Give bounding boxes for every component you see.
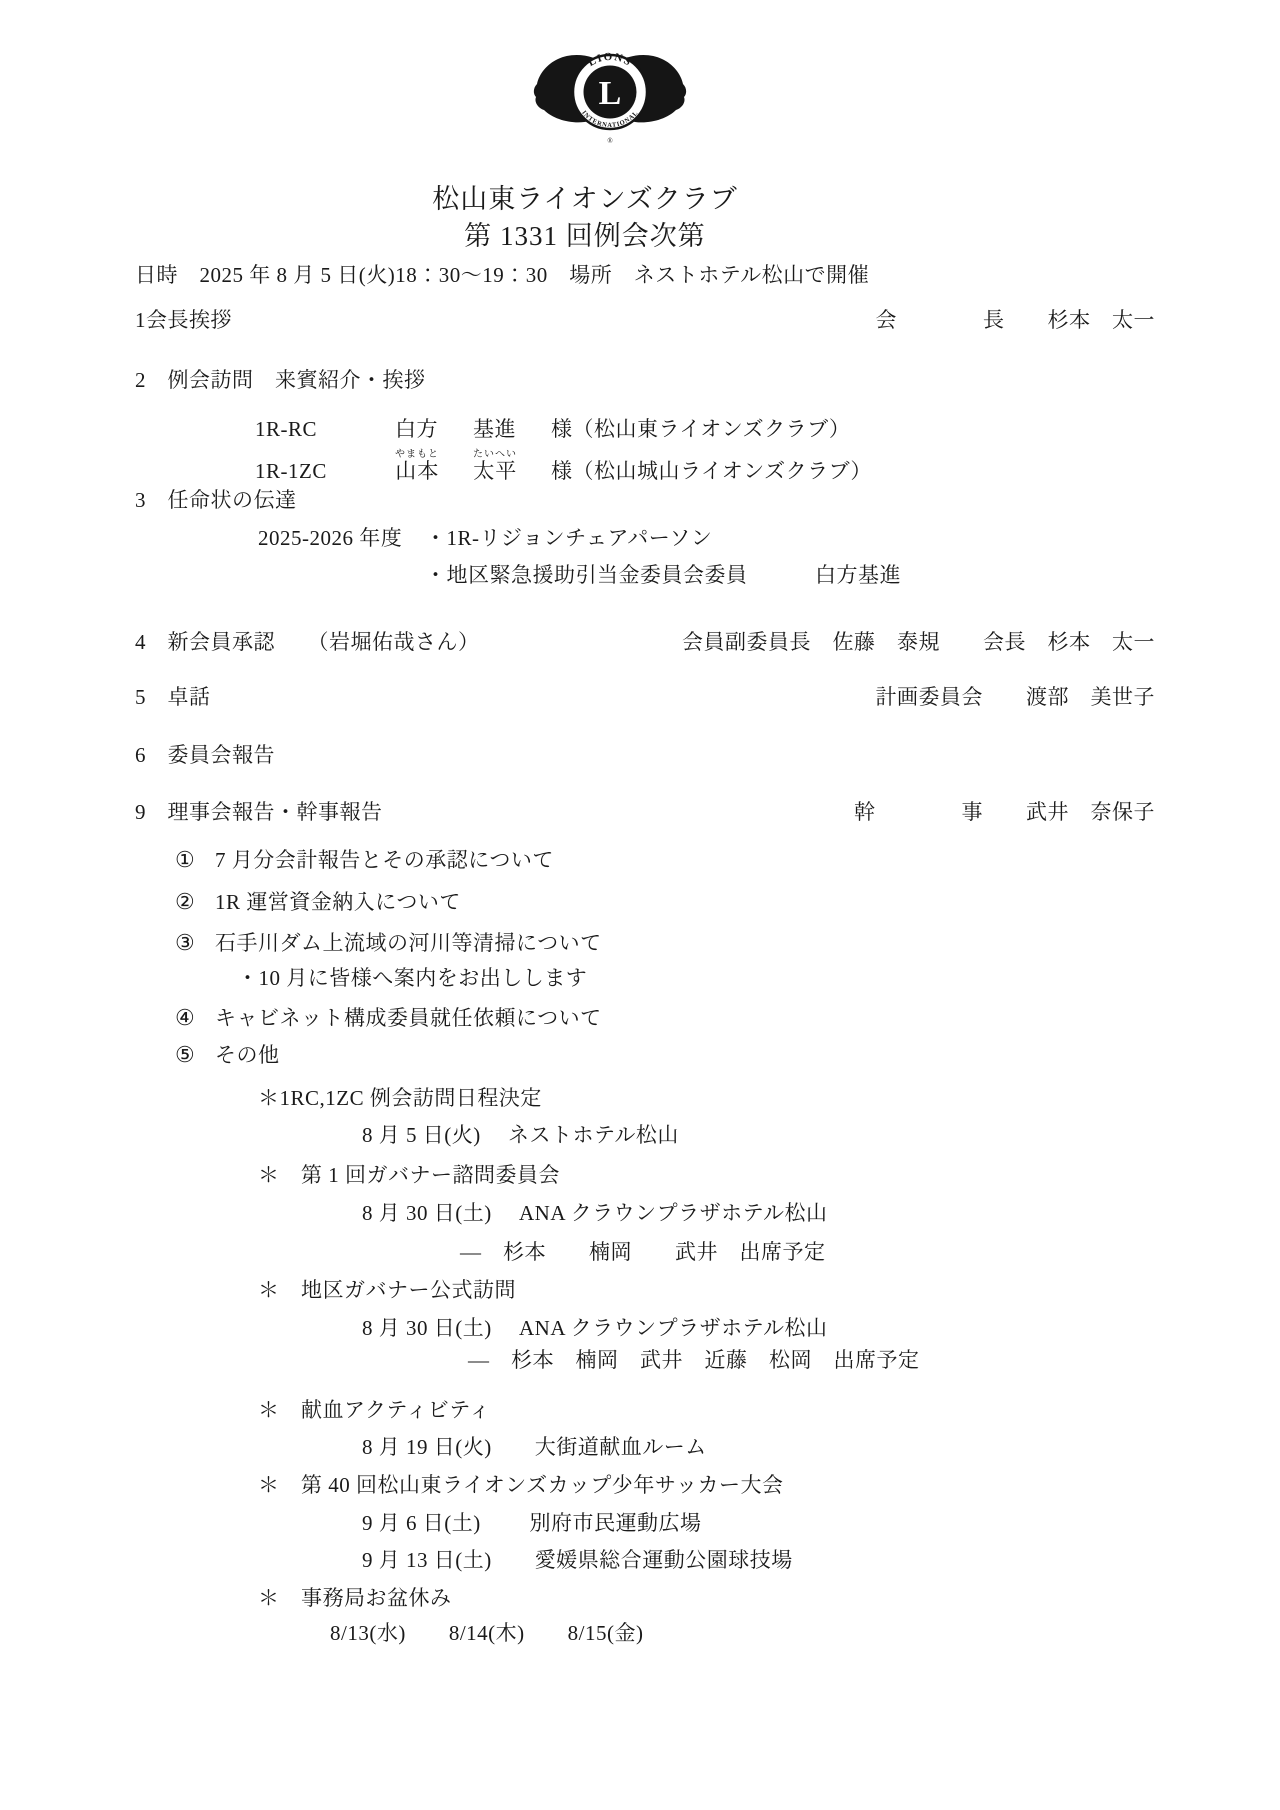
guest-2-club: 様（松山城山ライオンズクラブ）: [551, 459, 872, 483]
guest-2-surname-furigana: やまもと: [395, 449, 439, 460]
event-2-date: 8 月 30 日(土) ANA クラウンプラザホテル松山: [362, 1198, 828, 1228]
lions-emblem-icon: L LIONS INTERNATIONAL ®: [520, 42, 700, 146]
event-1-date: 8 月 5 日(火) ネストホテル松山: [362, 1120, 679, 1150]
guest-2-givenname: 太平たいへい: [473, 449, 551, 486]
guest-1-role: 1R-RC: [255, 414, 395, 444]
circled-4-icon: ④: [175, 1003, 215, 1033]
guest-2-role: 1R-1ZC: [255, 456, 395, 486]
report-sub-item-4: ④キャビネット構成委員就任依頼について: [175, 1003, 602, 1033]
event-6-dates: 8/13(水) 8/14(木) 8/15(金): [330, 1618, 643, 1648]
agenda-item-1-label: 1会長挨拶: [135, 305, 232, 335]
report-sub-item-1: ①7 月分会計報告とその承認について: [175, 845, 554, 875]
circled-2-icon: ②: [175, 887, 215, 917]
agenda-item-3-label: 3 任命状の伝達: [135, 485, 297, 515]
event-6-title: ＊ 事務局お盆休み: [258, 1583, 452, 1613]
guest-1-givenname: 基進: [473, 414, 551, 444]
event-1-title: ＊1RC,1ZC 例会訪問日程決定: [258, 1083, 542, 1113]
report-sub-item-2: ②1R 運営資金納入について: [175, 887, 461, 917]
guest-line-1: 1R-RC白方基進様（松山東ライオンズクラブ）: [255, 414, 850, 444]
agenda-item-5-label: 5 卓話: [135, 682, 211, 712]
event-5-title: ＊ 第 40 回松山東ライオンズカップ少年サッカー大会: [258, 1470, 783, 1500]
appointment-person: 白方基進: [815, 560, 901, 590]
meeting-number-subtitle: 第 1331 回例会次第: [0, 219, 1170, 253]
guest-2-surname: 山本やまもと: [395, 449, 473, 486]
report-sub-item-3: ③石手川ダム上流域の河川等清掃について: [175, 928, 602, 958]
guest-line-2: 1R-1ZC山本やまもと太平たいへい様（松山城山ライオンズクラブ）: [255, 449, 872, 486]
report-sub-item-3-note: ・10 月に皆様へ案内をお出しします: [237, 963, 587, 993]
circled-3-icon: ③: [175, 928, 215, 958]
guest-1-surname: 白方: [395, 414, 473, 444]
circled-1-icon: ①: [175, 845, 215, 875]
appointment-year: 2025-2026 年度: [258, 523, 402, 553]
agenda-item-6-label: 6 委員会報告: [135, 740, 275, 770]
appointment-role-2: ・地区緊急援助引当金委員会委員: [425, 560, 748, 590]
event-2-attendees: ― 杉本 楠岡 武井 出席予定: [460, 1237, 826, 1267]
guest-1-club: 様（松山東ライオンズクラブ）: [551, 417, 850, 441]
event-3-date: 8 月 30 日(土) ANA クラウンプラザホテル松山: [362, 1313, 828, 1343]
circled-5-icon: ⑤: [175, 1040, 215, 1070]
agenda-item-4-label: 4 新会員承認 （岩堀佑哉さん）: [135, 627, 480, 657]
agenda-item-4-officers: 会員副委員長 佐藤 泰規 会長 杉本 太一: [682, 627, 1155, 657]
registered-mark: ®: [607, 137, 613, 145]
agenda-item-9-label: 9 理事会報告・幹事報告: [135, 797, 383, 827]
appointment-role-1: ・1R-リジョンチェアパーソン: [425, 523, 712, 553]
agenda-item-5-speaker: 計画委員会 渡部 美世子: [876, 682, 1156, 712]
report-sub-item-5: ⑤その他: [175, 1040, 280, 1070]
emblem-letter-L: L: [599, 75, 622, 112]
event-5-date-1: 9 月 6 日(土) 別府市民運動広場: [362, 1508, 702, 1538]
event-2-title: ＊ 第 1 回ガバナー諮問委員会: [258, 1160, 560, 1190]
event-4-date: 8 月 19 日(火) 大街道献血ルーム: [362, 1432, 707, 1462]
guest-2-givenname-furigana: たいへい: [473, 449, 517, 460]
event-5-date-2: 9 月 13 日(土) 愛媛県総合運動公園球技場: [362, 1545, 793, 1575]
agenda-item-9-officer: 幹 事 武井 奈保子: [854, 797, 1155, 827]
lions-international-logo: L LIONS INTERNATIONAL ®: [520, 42, 700, 146]
event-4-title: ＊ 献血アクティビティ: [258, 1395, 491, 1425]
agenda-item-2-label: 2 例会訪問 来賓紹介・挨拶: [135, 365, 426, 395]
club-name-title: 松山東ライオンズクラブ: [0, 182, 1170, 216]
document-page: L LIONS INTERNATIONAL ® 松山東ライオンズクラブ 第 13…: [0, 0, 1280, 1810]
event-3-attendees: ― 杉本 楠岡 武井 近藤 松岡 出席予定: [468, 1345, 920, 1375]
agenda-item-1-officer: 会 長 杉本 太一: [876, 305, 1156, 335]
event-3-title: ＊ 地区ガバナー公式訪問: [258, 1275, 516, 1305]
meeting-info-line: 日時 2025 年 8 月 5 日(火)18：30～19：30 場所 ネストホテ…: [135, 260, 869, 290]
